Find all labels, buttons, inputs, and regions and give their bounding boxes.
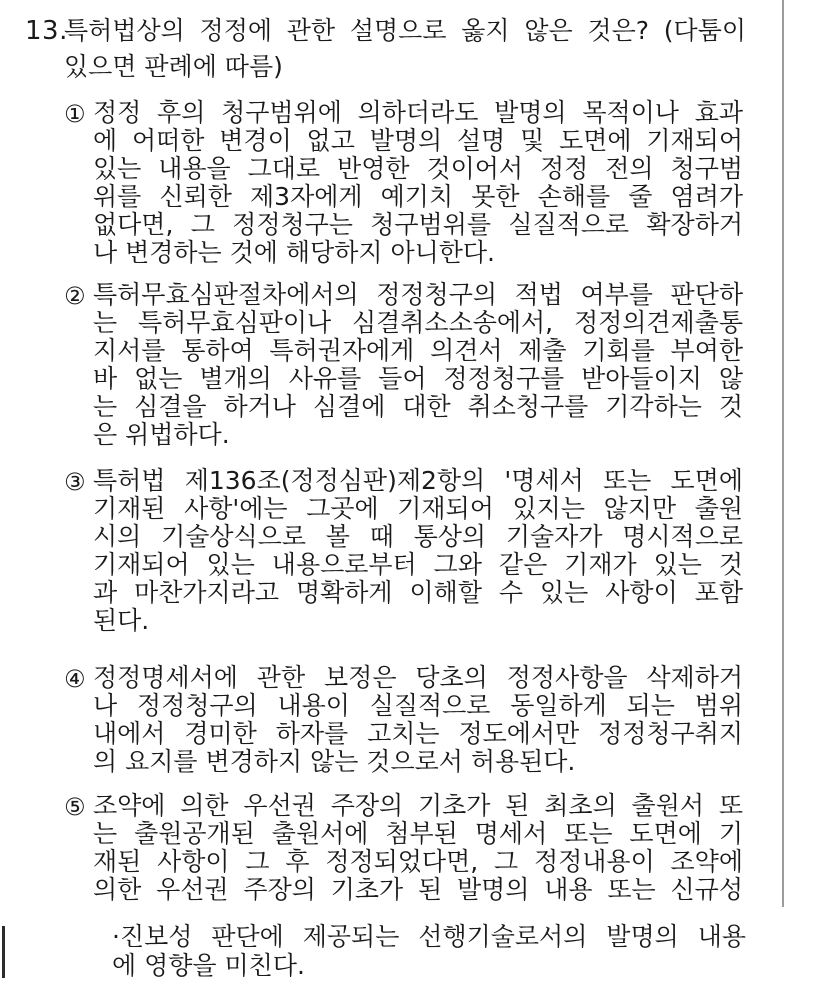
choice-list: ① 정정 후의 청구범위에 의하더라도 발명의 목적이나 효과에 어떠한 변경이… — [0, 99, 826, 904]
text-line: ·진보성 판단에 제공되는 선행기술로서의 발명의 내용 — [112, 922, 746, 951]
text-line: 특허무효심판절차에서의 정정청구의 적법 여부를 판단하 — [93, 281, 743, 309]
text-line: 의 요지를 변경하지 않는 것으로서 허용된다. — [93, 748, 743, 776]
text-line: 바 없는 별개의 사유를 들어 정정청구를 받아들이지 않 — [93, 365, 743, 393]
text-line: 없다면, 그 정정청구는 청구범위를 실질적으로 확장하거 — [93, 211, 743, 239]
text-line: 조약에 의한 우선권 주장의 기초가 된 최초의 출원서 또 — [93, 792, 743, 820]
text-line: 있으면 판례에 따름) — [64, 49, 746, 85]
text-line: 내에서 경미한 하자를 고치는 정도에서만 정정청구취지 — [93, 720, 743, 748]
question-block: 13. 특허법상의 정정에 관한 설명으로 옳지 않은 것은? (다툼이있으면 … — [0, 13, 826, 980]
text-line: 나 변경하는 것에 해당하지 아니한다. — [93, 239, 743, 267]
choice-1-text: 정정 후의 청구범위에 의하더라도 발명의 목적이나 효과에 어떠한 변경이 없… — [93, 99, 743, 267]
text-line: 는 심결을 하거나 심결에 대한 취소청구를 기각하는 것 — [93, 393, 743, 421]
question-title: 특허법상의 정정에 관한 설명으로 옳지 않은 것은? (다툼이있으면 판례에 … — [64, 13, 746, 85]
text-line: 위를 신뢰한 제3자에게 예기치 못한 손해를 줄 염려가 — [93, 183, 743, 211]
text-line: 시의 기술상식으로 볼 때 통상의 기술자가 명시적으로 — [93, 523, 743, 551]
text-line: 특허법 제136조(정정심판)제2항의 '명세서 또는 도면에 — [93, 467, 743, 495]
choice-3-text: 특허법 제136조(정정심판)제2항의 '명세서 또는 도면에기재된 사항'에는… — [93, 467, 743, 635]
text-line: 은 위법하다. — [93, 421, 743, 449]
text-line: 는 특허무효심판이나 심결취소소송에서, 정정의견제출통 — [93, 309, 743, 337]
choice-5: ⑤ 조약에 의한 우선권 주장의 기초가 된 최초의 출원서 또는 출원공개된 … — [64, 792, 826, 904]
text-line: 특허법상의 정정에 관한 설명으로 옳지 않은 것은? (다툼이 — [64, 13, 746, 49]
choice-5-continuation-text: ·진보성 판단에 제공되는 선행기술로서의 발명의 내용에 영향을 미친다. — [112, 922, 746, 980]
text-line: 정정명세서에 관한 보정은 당초의 정정사항을 삭제하거 — [93, 664, 743, 692]
text-line: 된다. — [93, 607, 743, 635]
choice-4-text: 정정명세서에 관한 보정은 당초의 정정사항을 삭제하거나 정정청구의 내용이 … — [93, 664, 743, 776]
choice-1: ① 정정 후의 청구범위에 의하더라도 발명의 목적이나 효과에 어떠한 변경이… — [64, 99, 826, 267]
text-line: 의한 우선권 주장의 기초가 된 발명의 내용 또는 신규성 — [93, 876, 743, 904]
question-header: 13. 특허법상의 정정에 관한 설명으로 옳지 않은 것은? (다툼이있으면 … — [0, 13, 826, 85]
exam-page: 13. 특허법상의 정정에 관한 설명으로 옳지 않은 것은? (다툼이있으면 … — [0, 0, 826, 986]
choice-2-text: 특허무효심판절차에서의 정정청구의 적법 여부를 판단하는 특허무효심판이나 심… — [93, 281, 743, 449]
choice-3: ③ 특허법 제136조(정정심판)제2항의 '명세서 또는 도면에기재된 사항'… — [64, 467, 826, 635]
question-number: 13. — [25, 13, 64, 49]
text-line: 있는 내용을 그대로 반영한 것이어서 정정 전의 청구범 — [93, 155, 743, 183]
text-line: 에 영향을 미친다. — [112, 951, 746, 980]
text-line: 나 정정청구의 내용이 실질적으로 동일하게 되는 범위 — [93, 692, 743, 720]
choice-3-marker: ③ — [64, 467, 93, 496]
choice-5-text: 조약에 의한 우선권 주장의 기초가 된 최초의 출원서 또는 출원공개된 출원… — [93, 792, 743, 904]
choice-1-marker: ① — [64, 99, 93, 128]
choice-2: ② 특허무효심판절차에서의 정정청구의 적법 여부를 판단하는 특허무효심판이나… — [64, 281, 826, 449]
text-line: 정정 후의 청구범위에 의하더라도 발명의 목적이나 효과 — [93, 99, 743, 127]
choice-2-marker: ② — [64, 281, 93, 310]
choice-4: ④ 정정명세서에 관한 보정은 당초의 정정사항을 삭제하거나 정정청구의 내용… — [64, 664, 826, 776]
choice-4-marker: ④ — [64, 664, 93, 693]
text-line: 재된 사항이 그 후 정정되었다면, 그 정정내용이 조약에 — [93, 848, 743, 876]
text-line: 기재된 사항'에는 그곳에 기재되어 있지는 않지만 출원 — [93, 495, 743, 523]
text-line: 지서를 통하여 특허권자에게 의견서 제출 기회를 부여한 — [93, 337, 743, 365]
choice-5-marker: ⑤ — [64, 792, 93, 821]
text-line: 에 어떠한 변경이 없고 발명의 설명 및 도면에 기재되어 — [93, 127, 743, 155]
text-line: 는 출원공개된 출원서에 첨부된 명세서 또는 도면에 기 — [93, 820, 743, 848]
text-line: 과 마찬가지라고 명확하게 이해할 수 있는 사항이 포함 — [93, 579, 743, 607]
text-line: 기재되어 있는 내용으로부터 그와 같은 기재가 있는 것 — [93, 551, 743, 579]
